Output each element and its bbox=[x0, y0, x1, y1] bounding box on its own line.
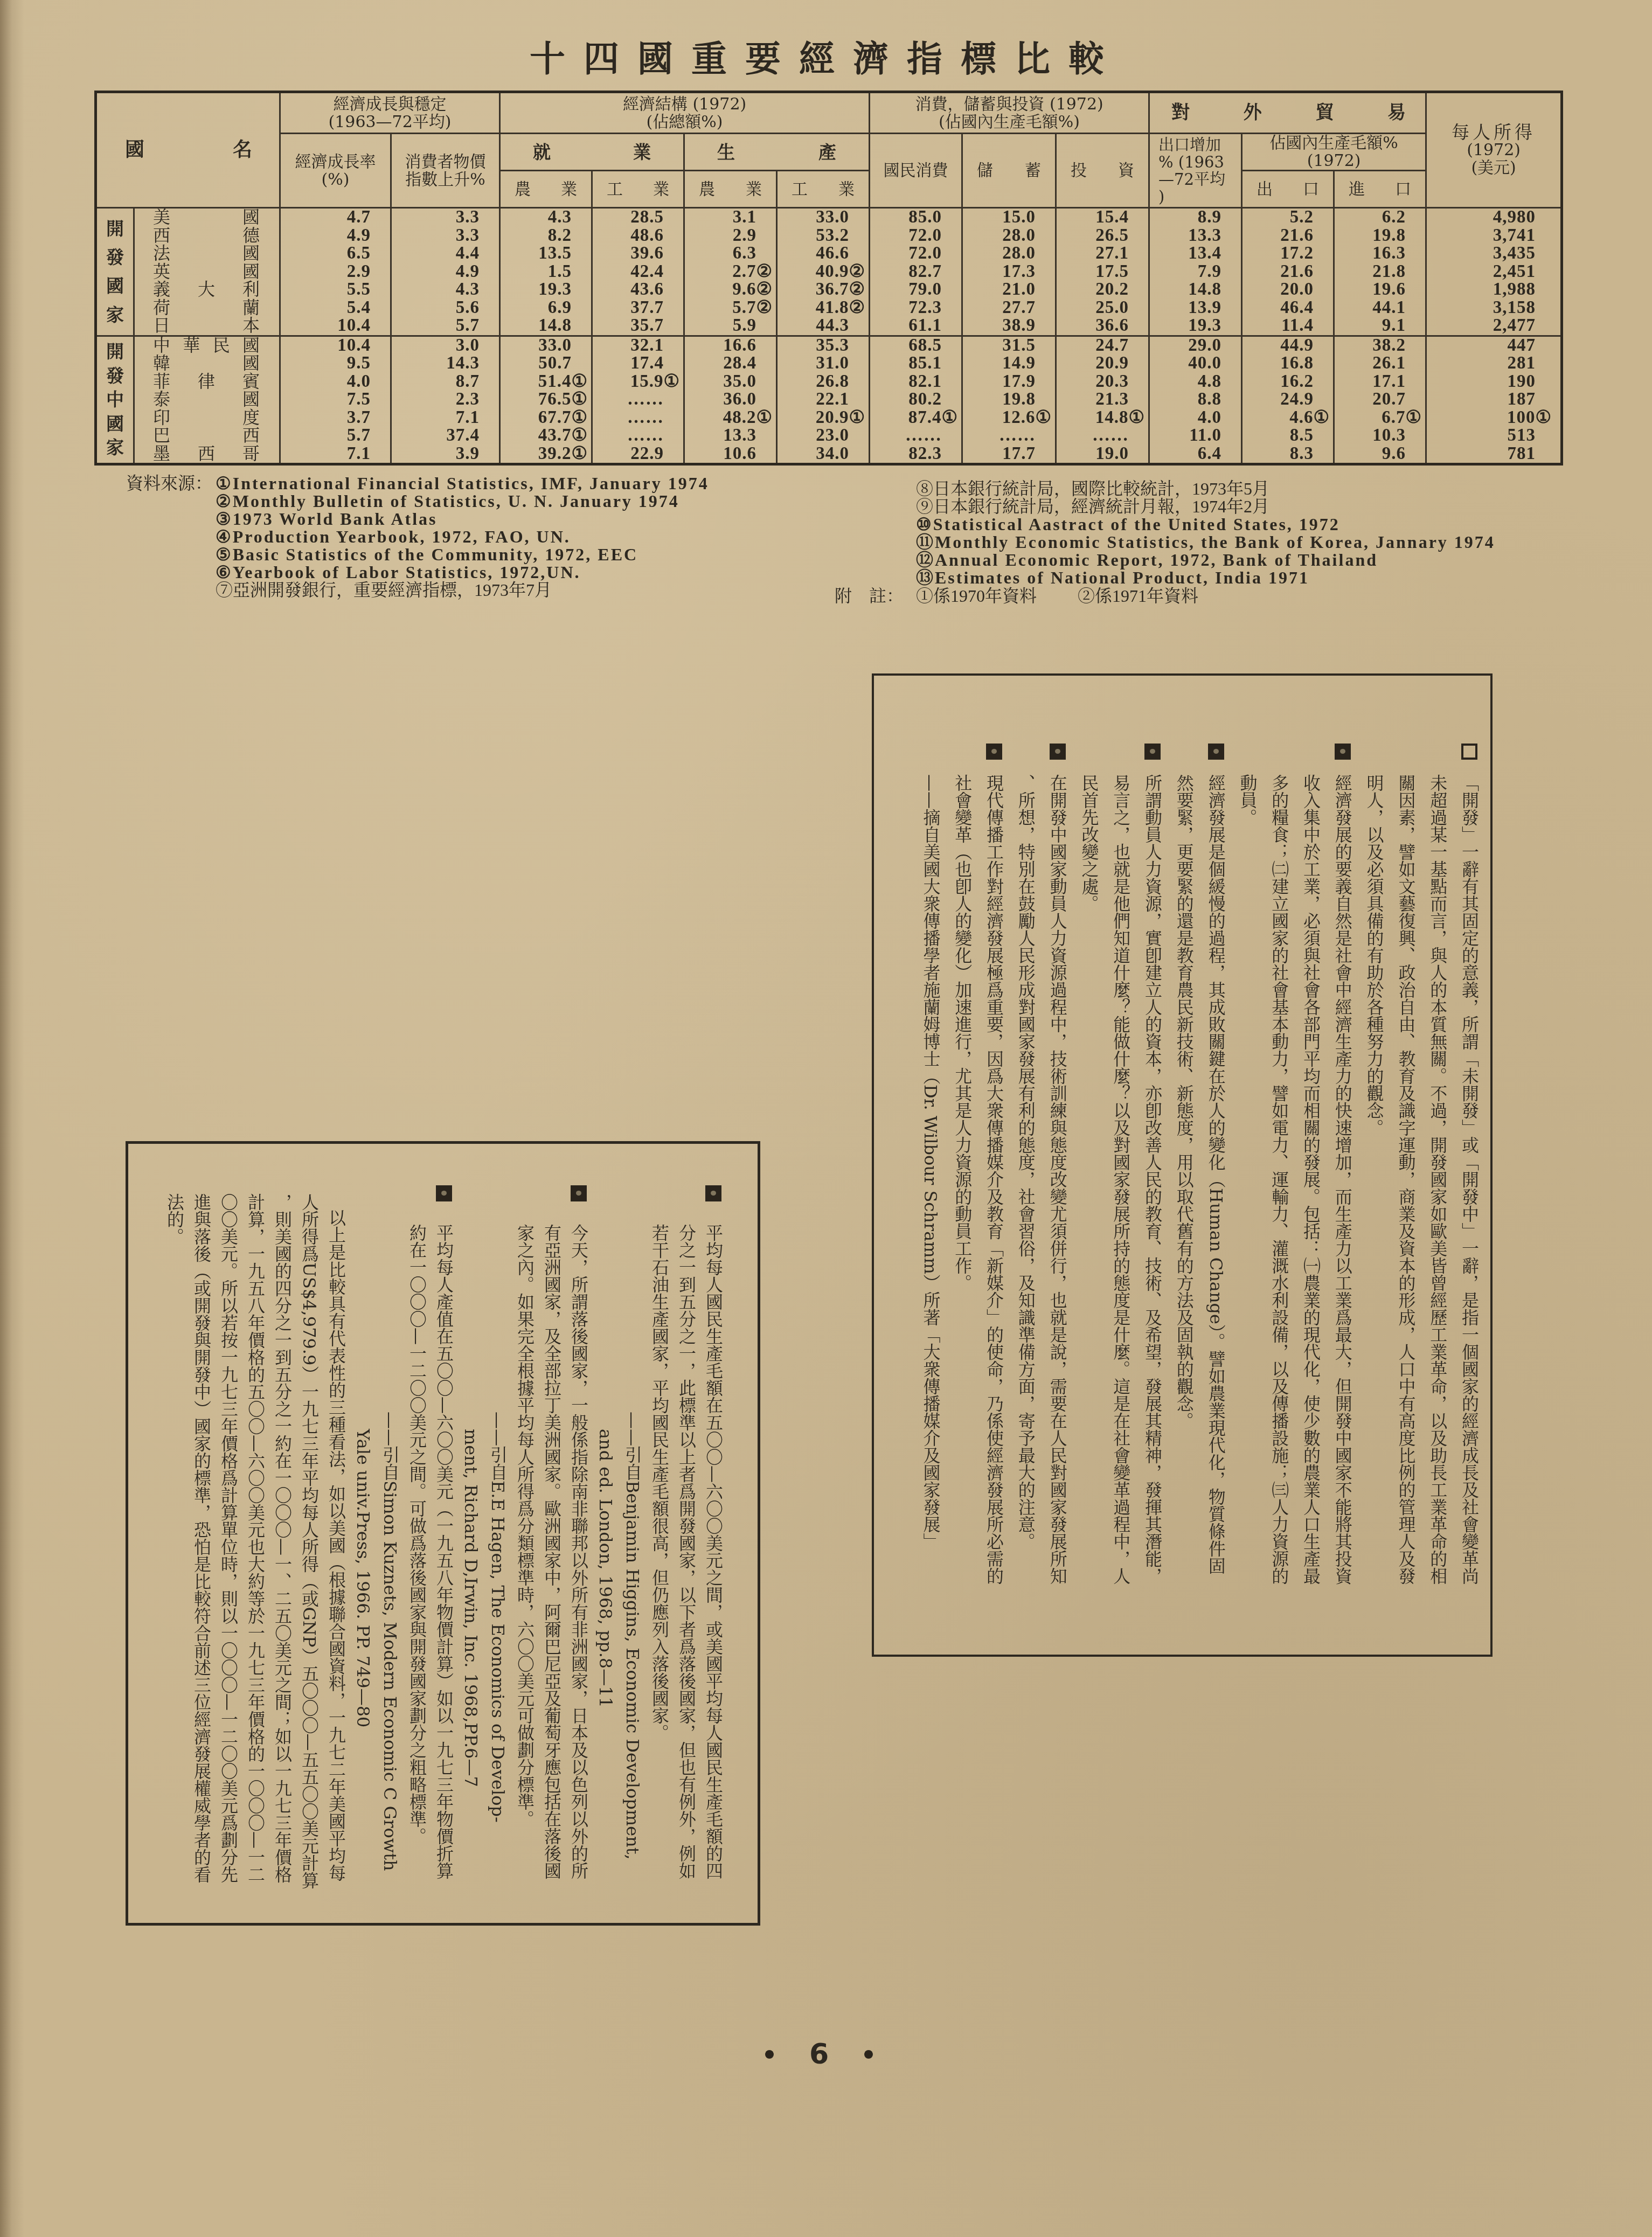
consumption-cell: 82.7 bbox=[870, 263, 962, 281]
exports-header: 出口 bbox=[1242, 171, 1334, 208]
growth-cell: 10.4 bbox=[280, 336, 391, 355]
header-line: (1972) bbox=[1427, 141, 1560, 159]
text-column: 法的。 bbox=[166, 1185, 183, 1245]
column-text: 平均每人國民生產毛額在五〇〇—六〇〇美元之間，或美國平均每人國民生產毛額的四 bbox=[705, 1224, 722, 1879]
header-line: ) bbox=[1158, 188, 1241, 205]
cpi-cell: 3.3 bbox=[391, 208, 500, 227]
export-growth-cell: 19.3 bbox=[1149, 317, 1242, 336]
citation-column: ——引自Simon Kuznets, Modern Economic C Gro… bbox=[381, 1185, 399, 1871]
text-column: 人所得爲US$4,979.9）一九七三年平均每人所得（或GNP）五〇〇〇—五五〇… bbox=[301, 1185, 318, 1888]
prod-ind-cell: 46.6 bbox=[777, 245, 870, 263]
country-name-cell: 美國 bbox=[134, 208, 280, 227]
emp-agri-cell: 76.5① bbox=[500, 391, 592, 409]
investment-cell: 20.9 bbox=[1056, 355, 1149, 373]
column-text: 人所得爲US$4,979.9）一九七三年平均每人所得（或GNP）五〇〇〇—五五〇… bbox=[301, 1193, 318, 1888]
import-share-cell: 44.1 bbox=[1334, 299, 1426, 317]
investment-cell: 26.5 bbox=[1056, 227, 1149, 245]
hollow-square-bullet-icon bbox=[1461, 744, 1477, 760]
citation-column: ment, Richard D,Irwin, Inc. 1968,PP.6—7 bbox=[462, 1185, 480, 1787]
growth-cell: 7.5 bbox=[280, 391, 391, 409]
footnotes-label: 附 註： bbox=[835, 586, 904, 606]
page-number-text: 6 bbox=[809, 2038, 829, 2071]
group-label-char: 開 bbox=[106, 343, 124, 360]
header-line: (1972) bbox=[1243, 152, 1425, 170]
emp-agri-cell: 14.8 bbox=[500, 317, 592, 336]
text-column: 家之內。如果完全根據平均每人所得爲分類標準時，六〇〇美元可做劃分標準。 bbox=[516, 1185, 533, 1828]
savings-cell: 19.8 bbox=[962, 391, 1056, 409]
savings-cell: 14.9 bbox=[962, 355, 1056, 373]
prod-ind-cell: 26.8 bbox=[777, 373, 870, 391]
emp-agri-cell: 8.2 bbox=[500, 227, 592, 245]
header-line: 經濟成長率 bbox=[281, 153, 390, 171]
cpi-cell: 4.3 bbox=[391, 281, 500, 299]
prod-agri-cell: 13.3 bbox=[684, 427, 777, 445]
investment-cell: …… bbox=[1056, 427, 1149, 445]
column-text: 「開發」一辭有其固定的意義，所謂「未開發」或「開發中」一辭，是指一個國家的經濟成… bbox=[1460, 774, 1479, 1585]
group-label-char: 國 bbox=[106, 415, 124, 433]
savings-cell: 31.5 bbox=[962, 336, 1056, 355]
text-column: 〇〇美元。所以若按一九七三年價格爲計算單位時，則以一〇〇〇—一二〇〇美元爲劃分先 bbox=[220, 1185, 237, 1883]
column-text: 動員。 bbox=[1238, 774, 1257, 826]
column-text: 多的糧食；㈡建立國家的社會基本動力，譬如電力、運輸力、灌溉水利設備，以及傳播設施… bbox=[1270, 774, 1288, 1585]
name-char: 西 bbox=[153, 227, 170, 245]
prod-agri-cell: 5.9 bbox=[684, 317, 777, 336]
source-item: ④Production Yearbook, 1972, FAO, UN. bbox=[216, 528, 709, 546]
header-line: 指數上升% bbox=[392, 171, 499, 189]
text-column: 約在一〇〇〇—一二〇〇美元之間。可做爲落後國家與開發國家劃分之粗略標準。 bbox=[408, 1185, 426, 1845]
savings-cell: …… bbox=[962, 427, 1056, 445]
country-name-cell: 日本 bbox=[134, 317, 280, 336]
production-industry-header: 工業 bbox=[777, 171, 870, 208]
column-text: 關因素，譬如文藝復興、政治自由、教育及識字運動，商業及資本的形成，人口中有高度比… bbox=[1397, 774, 1415, 1585]
name-char: 菲 bbox=[153, 373, 170, 391]
prod-ind-cell: 31.0 bbox=[777, 355, 870, 373]
per-capita-cell: 781 bbox=[1426, 445, 1562, 464]
per-capita-cell: 3,435 bbox=[1426, 245, 1562, 263]
name-char: 國 bbox=[242, 263, 260, 281]
export-growth-cell: 4.8 bbox=[1149, 373, 1242, 391]
table-row: 日本 10.4 5.7 14.8 35.7 5.9 44.3 61.1 38.9… bbox=[96, 317, 1562, 336]
citation-text: ——引自Simon Kuznets, Modern Economic C Gro… bbox=[381, 1412, 399, 1871]
name-char: 本 bbox=[242, 317, 260, 335]
per-capita-cell: 190 bbox=[1426, 373, 1562, 391]
emp-agri-cell: 13.5 bbox=[500, 245, 592, 263]
citation-column: ——引自Benjamin Higgins, Economic Developme… bbox=[624, 1185, 641, 1860]
economic-indicators-table: 國 名 經濟成長與穩定 (1963—72平均) 經濟結構 (1972) (佔總額… bbox=[94, 91, 1563, 466]
investment-header: 投 資 bbox=[1056, 134, 1149, 208]
prod-ind-cell: 40.9② bbox=[777, 263, 870, 281]
per-capita-cell: 2,477 bbox=[1426, 317, 1562, 336]
text-column: 以上是比較具有代表性的三種看法，如以美國（根據聯合國資料，一九七二年美國平均每 bbox=[328, 1185, 345, 1881]
header-char: 口 bbox=[1303, 180, 1319, 198]
table-row: 英國 2.9 4.9 1.5 42.4 2.7② 40.9② 82.7 17.3… bbox=[96, 263, 1562, 281]
cpi-cell: 3.3 bbox=[391, 227, 500, 245]
export-share-cell: 8.3 bbox=[1242, 445, 1334, 464]
text-column: 明人，以及必須具備的有助於各種努力的觀念。 bbox=[1365, 744, 1384, 1136]
export-growth-cell: 40.0 bbox=[1149, 355, 1242, 373]
header-char: 業 bbox=[746, 180, 762, 198]
name-char: 國 bbox=[242, 209, 260, 226]
investment-cell: 17.5 bbox=[1056, 263, 1149, 281]
consumption-cell: 85.1 bbox=[870, 355, 962, 373]
header-line: 消費，儲蓄與投資 (1972) bbox=[870, 95, 1148, 113]
savings-header: 儲 蓄 bbox=[962, 134, 1056, 208]
cpi-cell: 4.4 bbox=[391, 245, 500, 263]
prod-agri-cell: 2.7② bbox=[684, 263, 777, 281]
text-column: 民首先改變之處。 bbox=[1080, 744, 1098, 912]
text-column: 在開發中國家動員人力資源過程中，技術訓練與態度改變尤須併行，也就是說，需要在人民… bbox=[1049, 744, 1067, 1585]
emp-agri-cell: 39.2① bbox=[500, 445, 592, 464]
prod-agri-cell: 28.4 bbox=[684, 355, 777, 373]
prod-ind-cell: 41.8② bbox=[777, 299, 870, 317]
per-capita-cell: 1,988 bbox=[1426, 281, 1562, 299]
export-share-cell: 20.0 bbox=[1242, 281, 1334, 299]
savings-cell: 15.0 bbox=[962, 208, 1056, 227]
column-text: 家之內。如果完全根據平均每人所得爲分類標準時，六〇〇美元可做劃分標準。 bbox=[516, 1224, 533, 1828]
citation-text: Yale univ.Press, 1966. PP. 749—80 bbox=[355, 1429, 372, 1727]
prod-ind-cell: 53.2 bbox=[777, 227, 870, 245]
header-char: 業 bbox=[653, 180, 669, 198]
per-capita-cell: 100① bbox=[1426, 409, 1562, 427]
investment-cell: 19.0 bbox=[1056, 445, 1149, 464]
cpi-cell: 3.0 bbox=[391, 336, 500, 355]
import-share-cell: 6.7① bbox=[1334, 409, 1426, 427]
export-share-cell: 4.6① bbox=[1242, 409, 1334, 427]
name-char: 印 bbox=[153, 409, 170, 427]
text-column: 今天，所謂落後國家，一般係指除南非聯邦以外所有非洲國家，日本及以色列以外的所 bbox=[570, 1185, 587, 1879]
export-share-cell: 21.6 bbox=[1242, 227, 1334, 245]
citation-column: Yale univ.Press, 1966. PP. 749—80 bbox=[355, 1185, 372, 1727]
emp-agri-cell: 50.7 bbox=[500, 355, 592, 373]
prod-agri-cell: 10.6 bbox=[684, 445, 777, 464]
consumption-cell: 80.2 bbox=[870, 391, 962, 409]
prod-ind-cell: 36.7② bbox=[777, 281, 870, 299]
prod-agri-cell: 36.0 bbox=[684, 391, 777, 409]
export-share-cell: 24.9 bbox=[1242, 391, 1334, 409]
text-column: 平均每人產值在五〇〇—六〇〇美元（一九五八年物價計算）如以一九七三年物價折算 bbox=[435, 1185, 453, 1879]
growth-cell: 5.7 bbox=[280, 427, 391, 445]
emp-ind-cell: …… bbox=[592, 409, 684, 427]
emp-agri-cell: 33.0 bbox=[500, 336, 592, 355]
source-item: ②Monthly Bulletin of Statistics, U. N. J… bbox=[216, 492, 709, 510]
savings-cell: 17.9 bbox=[962, 373, 1056, 391]
name-char: 泰 bbox=[153, 391, 170, 408]
source-item: ⑧日本銀行統計局，國際比較統計，1973年5月 bbox=[916, 480, 1495, 498]
cpi-cell: 5.7 bbox=[391, 317, 500, 336]
consumption-savings-investment-header: 消費，儲蓄與投資 (1972) (佔國內生產毛額%) bbox=[870, 92, 1149, 134]
column-text: ，則美國的四分之一到五分之一約在一〇〇〇—一、二五〇美元之間；如以一九七三年價格 bbox=[274, 1193, 291, 1883]
text-column: 社會變革（也卽人的變化）加速進行，尤其是人力資源的動員工作。 bbox=[953, 744, 971, 1291]
per-capita-cell: 281 bbox=[1426, 355, 1562, 373]
header-line: 消費者物價 bbox=[392, 153, 499, 171]
header-char: 出 bbox=[1257, 180, 1273, 198]
economic-structure-header: 經濟結構 (1972) (佔總額%) bbox=[500, 92, 870, 134]
header-char: 就 bbox=[533, 143, 551, 161]
group-label-char: 發 bbox=[106, 367, 124, 385]
header-line: % (1963 bbox=[1158, 154, 1241, 171]
savings-cell: 21.0 bbox=[962, 281, 1056, 299]
savings-cell: 28.0 bbox=[962, 227, 1056, 245]
emp-ind-cell: 43.6 bbox=[592, 281, 684, 299]
text-column: 計算，一九五八年價格的五〇〇—六〇〇美元也大約等於一九七三年價格的一〇〇〇—一二 bbox=[247, 1185, 264, 1883]
emp-agri-cell: 6.9 bbox=[500, 299, 592, 317]
text-column: 進與落後（或開發與開發中）國家的標準，恐怕是比較符合前述三位經濟發展權威學者的看 bbox=[193, 1185, 210, 1883]
header-char: 資 bbox=[1118, 162, 1134, 179]
emp-agri-cell: 19.3 bbox=[500, 281, 592, 299]
consumption-cell: 72.0 bbox=[870, 227, 962, 245]
investment-cell: 24.7 bbox=[1056, 336, 1149, 355]
foreign-trade-header: 對 外 貿 易 bbox=[1149, 92, 1426, 134]
text-column: 所謂動員人力資源，實卽建立人的資本，亦卽改善人民的教育、技術、及希望，發展其精神… bbox=[1143, 744, 1162, 1585]
column-text: 在開發中國家動員人力資源過程中，技術訓練與態度改變尤須併行，也就是說，需要在人民… bbox=[1049, 774, 1067, 1585]
growth-rate-header: 經濟成長率 (%) bbox=[280, 134, 391, 208]
table-row: 菲律賓 4.0 8.7 51.4① 15.9① 35.0 26.8 82.1 1… bbox=[96, 373, 1562, 391]
text-column: 然要緊，更要緊的還是教育農民新技術、新態度，用以取代舊有的方法及固執的觀念。 bbox=[1175, 744, 1193, 1429]
consumption-cell: 85.0 bbox=[870, 208, 962, 227]
header-char: 進 bbox=[1349, 180, 1365, 198]
text-column: 平均每人國民生產毛額在五〇〇—六〇〇美元之間，或美國平均每人國民生產毛額的四 bbox=[705, 1185, 722, 1879]
header-line: (佔總額%) bbox=[501, 113, 869, 131]
growth-cell: 4.7 bbox=[280, 208, 391, 227]
export-growth-cell: 4.0 bbox=[1149, 409, 1242, 427]
column-text: 經濟發展的要義自然是社會中經濟生產力的快速增加，而生產力以工業爲最大，但開發中國… bbox=[1334, 774, 1352, 1585]
group-label-char: 開 bbox=[106, 220, 124, 238]
data-sources-right: ⑧日本銀行統計局，國際比較統計，1973年5月 ⑨日本銀行統計局，經濟統計月報，… bbox=[916, 480, 1495, 587]
name-char: 國 bbox=[242, 391, 260, 408]
savings-cell: 17.3 bbox=[962, 263, 1056, 281]
emp-ind-cell: …… bbox=[592, 391, 684, 409]
country-name-cell: 義大利 bbox=[134, 281, 280, 299]
employment-header: 就 業 bbox=[500, 134, 684, 171]
country-name-cell: 法國 bbox=[134, 245, 280, 263]
emp-agri-cell: 4.3 bbox=[500, 208, 592, 227]
export-share-cell: 16.2 bbox=[1242, 373, 1334, 391]
source-item: ⑤Basic Statistics of the Community, 1972… bbox=[216, 546, 709, 564]
name-char: 哥 bbox=[242, 445, 260, 463]
header-char: 工 bbox=[792, 180, 808, 198]
column-text: 約在一〇〇〇—一二〇〇美元之間。可做爲落後國家與開發國家劃分之粗略標準。 bbox=[408, 1224, 426, 1845]
emp-ind-cell: 28.5 bbox=[592, 208, 684, 227]
import-share-cell: 10.3 bbox=[1334, 427, 1426, 445]
export-growth-cell: 8.8 bbox=[1149, 391, 1242, 409]
export-growth-header: 出口增加 % (1963 —72平均 ) bbox=[1149, 134, 1242, 208]
citation-text: and ed. London, 1968, pp.8—11 bbox=[597, 1429, 614, 1708]
prod-ind-cell: 34.0 bbox=[777, 445, 870, 464]
table-row: 巴西 5.7 37.4 43.7① …… 13.3 23.0 …… …… …… … bbox=[96, 427, 1562, 445]
cpi-cell: 8.7 bbox=[391, 373, 500, 391]
emp-ind-cell: 22.9 bbox=[592, 445, 684, 464]
per-capita-cell: 2,451 bbox=[1426, 263, 1562, 281]
consumption-cell: 68.5 bbox=[870, 336, 962, 355]
group-label-char: 家 bbox=[106, 306, 124, 324]
text-column: 收入集中於工業，必須與社會各部門平均而相關的發展。包括：㈠農業的現代化，使少數的… bbox=[1302, 744, 1320, 1585]
name-char: 利 bbox=[242, 281, 260, 298]
investment-cell: 27.1 bbox=[1056, 245, 1149, 263]
citation-text: ——引自E.E Hagen, The Economics of Develop- bbox=[489, 1412, 506, 1823]
import-share-cell: 20.7 bbox=[1334, 391, 1426, 409]
name-char: 日 bbox=[153, 317, 170, 335]
header-char: 業 bbox=[633, 143, 651, 161]
text-column: ，則美國的四分之一到五分之一約在一〇〇〇—一、二五〇美元之間；如以一九七三年價格 bbox=[274, 1185, 291, 1883]
savings-cell: 28.0 bbox=[962, 245, 1056, 263]
decorative-dot-icon bbox=[765, 2050, 774, 2059]
export-growth-cell: 13.3 bbox=[1149, 227, 1242, 245]
table-row: 法國 6.5 4.4 13.5 39.6 6.3 46.6 72.0 28.0 … bbox=[96, 245, 1562, 263]
cpi-cell: 14.3 bbox=[391, 355, 500, 373]
header-line: (美元) bbox=[1427, 159, 1560, 177]
text-column: 經濟發展是個緩慢的過程，其成敗關鍵在於人的變化（Human Change）。譬如… bbox=[1207, 744, 1225, 1574]
prod-ind-cell: 44.3 bbox=[777, 317, 870, 336]
name-char: 度 bbox=[242, 409, 260, 427]
text-column: 若干石油生產國家，平均國民生產毛額很高，但仍應列入落後國家。 bbox=[651, 1185, 668, 1741]
header-line: 出口增加 bbox=[1158, 136, 1241, 154]
header-char: 業 bbox=[561, 180, 577, 198]
prod-ind-cell: 33.0 bbox=[777, 208, 870, 227]
name-char: 賓 bbox=[242, 373, 260, 391]
square-bullet-icon bbox=[1144, 744, 1161, 760]
investment-cell: 25.0 bbox=[1056, 299, 1149, 317]
consumption-cell: 61.1 bbox=[870, 317, 962, 336]
column-text: 易言之，也就是他們知道什麼？能做什麼？以及對國家發展所持的態度是什麼。這是在社會… bbox=[1112, 774, 1130, 1585]
prod-agri-cell: 16.6 bbox=[684, 336, 777, 355]
column-text: 所謂動員人力資源，實卽建立人的資本，亦卽改善人民的教育、技術、及希望，發展其精神… bbox=[1143, 774, 1162, 1585]
savings-cell: 17.7 bbox=[962, 445, 1056, 464]
table-row: 墨西哥 7.1 3.9 39.2① 22.9 10.6 34.0 82.3 17… bbox=[96, 445, 1562, 464]
source-item: ⑦亞洲開發銀行，重要經濟指標，1973年7月 bbox=[216, 581, 709, 599]
per-capita-cell: 447 bbox=[1426, 336, 1562, 355]
header-char: 貿 bbox=[1315, 104, 1334, 122]
export-share-cell: 16.8 bbox=[1242, 355, 1334, 373]
header-char: 農 bbox=[515, 180, 531, 198]
country-name-cell: 西德 bbox=[134, 227, 280, 245]
header-char: 名 bbox=[233, 141, 252, 159]
cpi-header: 消費者物價 指數上升% bbox=[391, 134, 500, 208]
header-line: 佔國內生產毛額% bbox=[1243, 134, 1425, 152]
page-number: 6 bbox=[765, 2035, 873, 2073]
name-char: 民 bbox=[213, 337, 230, 355]
name-char: 蘭 bbox=[242, 299, 260, 317]
header-char: 國 bbox=[125, 141, 144, 159]
name-char: 荷 bbox=[153, 299, 170, 317]
emp-agri-cell: 43.7① bbox=[500, 427, 592, 445]
name-char: 華 bbox=[183, 337, 200, 355]
text-column: 、所想，特別在鼓勵人民形成對國家發展有利的態度，社會習俗，及知識準備方面，寄予最… bbox=[1017, 744, 1035, 1550]
name-char: 西 bbox=[242, 427, 260, 444]
export-share-cell: 11.4 bbox=[1242, 317, 1334, 336]
column-text: 今天，所謂落後國家，一般係指除南非聯邦以外所有非洲國家，日本及以色列以外的所 bbox=[570, 1224, 587, 1879]
prod-ind-cell: 35.3 bbox=[777, 336, 870, 355]
citation-text: ——引自Benjamin Higgins, Economic Developme… bbox=[624, 1412, 641, 1860]
header-char: 生 bbox=[717, 143, 735, 161]
investment-cell: 14.8① bbox=[1056, 409, 1149, 427]
cpi-cell: 7.1 bbox=[391, 409, 500, 427]
emp-ind-cell: 42.4 bbox=[592, 263, 684, 281]
column-text: 分之一到五分之一，此標準以上者爲開發國家，以下者爲落後國家，但也有例外，例如 bbox=[678, 1224, 695, 1879]
header-line: (1963—72平均) bbox=[281, 113, 499, 131]
emp-ind-cell: 39.6 bbox=[592, 245, 684, 263]
column-text: 進與落後（或開發與開發中）國家的標準，恐怕是比較符合前述三位經濟發展權威學者的看 bbox=[193, 1193, 210, 1883]
import-share-cell: 9.1 bbox=[1334, 317, 1426, 336]
export-share-cell: 21.6 bbox=[1242, 263, 1334, 281]
group-label-char: 家 bbox=[106, 439, 124, 456]
savings-cell: 27.7 bbox=[962, 299, 1056, 317]
growth-cell: 5.5 bbox=[280, 281, 391, 299]
import-share-cell: 26.1 bbox=[1334, 355, 1426, 373]
text-column: 多的糧食；㈡建立國家的社會基本動力，譬如電力、運輸力、灌溉水利設備，以及傳播設施… bbox=[1270, 744, 1288, 1585]
export-growth-cell: 13.9 bbox=[1149, 299, 1242, 317]
consumption-cell: 82.1 bbox=[870, 373, 962, 391]
footnote-item: ①係1970年資料 bbox=[916, 587, 1037, 605]
source-item: ③1973 World Bank Atlas bbox=[216, 510, 709, 528]
square-bullet-icon bbox=[986, 744, 1002, 760]
header-char: 對 bbox=[1171, 104, 1190, 122]
table-row: 義大利 5.5 4.3 19.3 43.6 9.6② 36.7② 79.0 21… bbox=[96, 281, 1562, 299]
square-bullet-icon bbox=[571, 1185, 587, 1201]
source-item: ⑨日本銀行統計局，經濟統計月報，1974年2月 bbox=[916, 498, 1495, 516]
growth-cell: 4.9 bbox=[280, 227, 391, 245]
source-item: ①International Financial Statistics, IMF… bbox=[216, 475, 709, 492]
emp-agri-cell: 67.7① bbox=[500, 409, 592, 427]
name-char: 韓 bbox=[153, 355, 170, 372]
group-label-developed: 開 發 國 家 bbox=[96, 208, 134, 336]
source-item: ⑫Annual Economic Report, 1972, Bank of T… bbox=[916, 551, 1495, 569]
per-capita-cell: 3,741 bbox=[1426, 227, 1562, 245]
import-share-cell: 16.3 bbox=[1334, 245, 1426, 263]
table-row: 荷蘭 5.4 5.6 6.9 37.7 5.7② 41.8② 72.3 27.7… bbox=[96, 299, 1562, 317]
prod-agri-cell: 9.6② bbox=[684, 281, 777, 299]
growth-cell: 10.4 bbox=[280, 317, 391, 336]
header-char: 外 bbox=[1244, 104, 1262, 122]
column-text: 經濟發展是個緩慢的過程，其成敗關鍵在於人的變化（Human Change）。譬如… bbox=[1207, 774, 1225, 1574]
per-capita-cell: 513 bbox=[1426, 427, 1562, 445]
header-char: 易 bbox=[1387, 104, 1406, 122]
export-share-cell: 46.4 bbox=[1242, 299, 1334, 317]
production-agriculture-header: 農業 bbox=[684, 171, 777, 208]
imports-header: 進口 bbox=[1334, 171, 1426, 208]
prod-ind-cell: 20.9① bbox=[777, 409, 870, 427]
source-item: ⑬Estimates of National Product, India 19… bbox=[916, 569, 1495, 587]
text-column: 現代傳播工作對經濟發展極爲重要，因爲大衆傳播媒介及教育「新媒介」的使命，乃係使經… bbox=[985, 744, 1003, 1585]
development-definition-box: 「開發」一辭有其固定的意義，所謂「未開發」或「開發中」一辭，是指一個國家的經濟成… bbox=[872, 673, 1493, 1657]
column-text: 〇〇美元。所以若按一九七三年價格爲計算單位時，則以一〇〇〇—一二〇〇美元爲劃分先 bbox=[220, 1193, 237, 1883]
header-line: (%) bbox=[281, 171, 390, 189]
name-char: 大 bbox=[198, 281, 215, 298]
column-text: 有亞洲國家，及全部拉丁美洲國家。歐洲國家中，阿爾巴尼亞及葡萄牙應包括在落後國 bbox=[543, 1224, 560, 1879]
text-column: 動員。 bbox=[1238, 744, 1257, 826]
emp-ind-cell: 35.7 bbox=[592, 317, 684, 336]
table-row: 開 發 中 國 家 中華民國 10.4 3.0 33.0 32.1 16.6 3… bbox=[96, 336, 1562, 355]
name-char: 中 bbox=[153, 337, 170, 355]
group-label-char: 國 bbox=[106, 277, 124, 295]
text-column: 易言之，也就是他們知道什麼？能做什麼？以及對國家發展所持的態度是什麼。這是在社會… bbox=[1112, 744, 1130, 1585]
header-line: (佔國內生產毛額%) bbox=[870, 113, 1148, 131]
prod-agri-cell: 2.9 bbox=[684, 227, 777, 245]
column-text: 未超過某一基點而言，與人的本質無關。不過，開發國家如歐美皆曾經歷工業革命，以及助… bbox=[1428, 774, 1447, 1585]
column-text: 計算，一九五八年價格的五〇〇—六〇〇美元也大約等於一九七三年價格的一〇〇〇—一二 bbox=[247, 1193, 264, 1883]
export-share-cell: 44.9 bbox=[1242, 336, 1334, 355]
consumption-cell: 79.0 bbox=[870, 281, 962, 299]
emp-ind-cell: 48.6 bbox=[592, 227, 684, 245]
decorative-dot-icon bbox=[864, 2050, 873, 2059]
header-char: 口 bbox=[1395, 180, 1411, 198]
name-char: 國 bbox=[242, 337, 260, 355]
header-line: 經濟成長與穩定 bbox=[281, 95, 499, 113]
header-char: 投 bbox=[1071, 162, 1087, 179]
emp-agri-cell: 1.5 bbox=[500, 263, 592, 281]
country-name-cell: 韓國 bbox=[134, 355, 280, 373]
source-item: ⑥Yearbook of Labor Statistics, 1972,UN. bbox=[216, 564, 709, 581]
footnote-item: ②係1971年資料 bbox=[1078, 587, 1198, 605]
